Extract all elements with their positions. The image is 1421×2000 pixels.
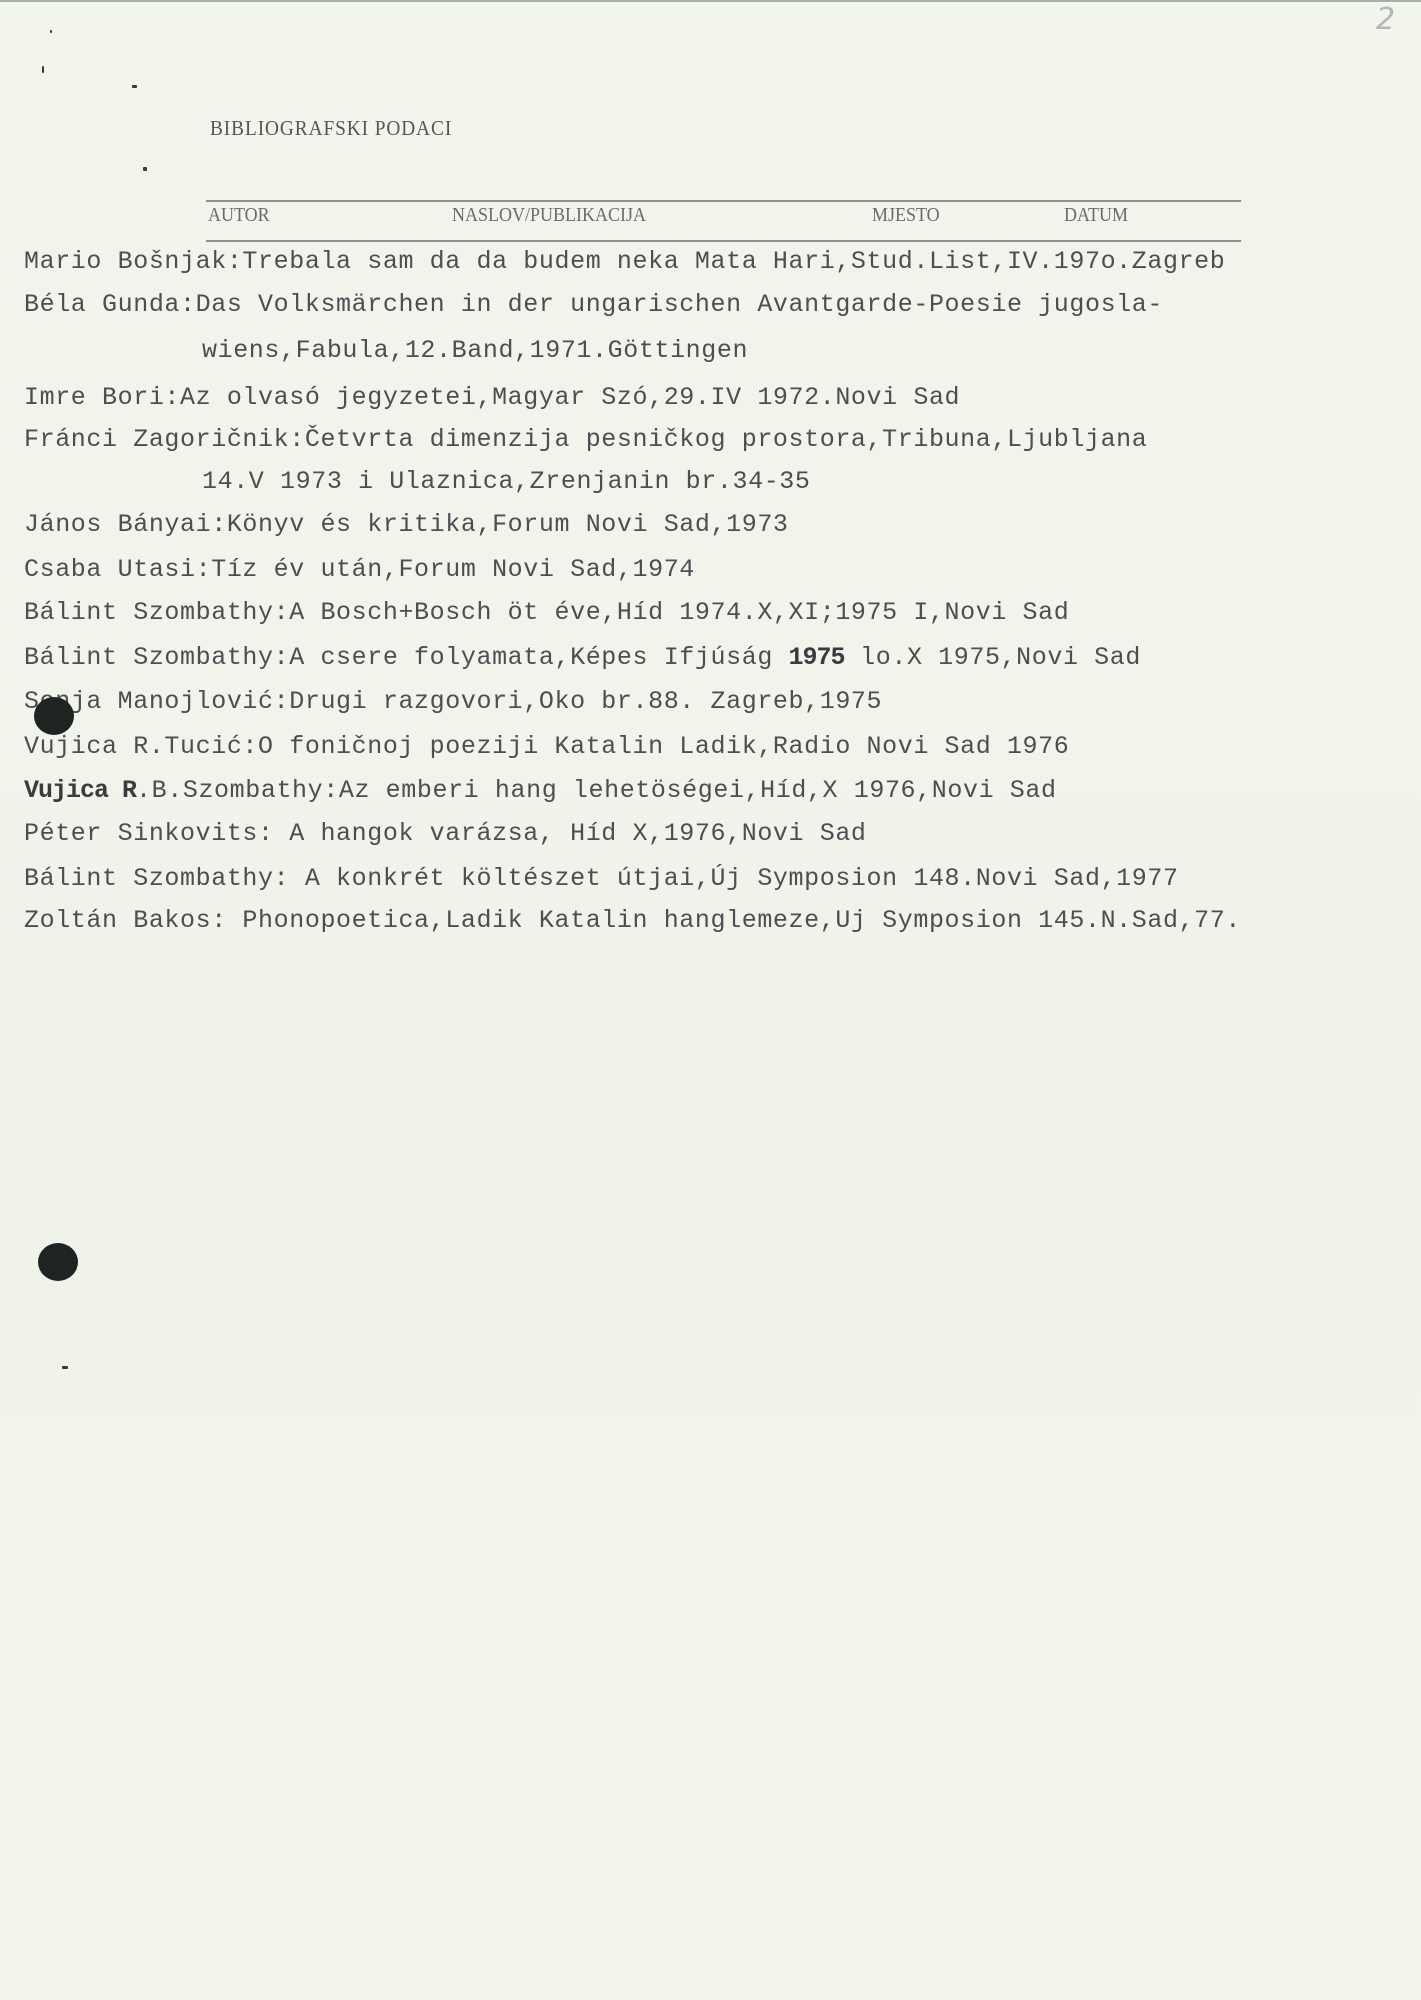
bibliography-entry: Péter Sinkovits: A hangok varázsa, Híd X… — [24, 819, 867, 848]
page-title: BIBLIOGRAFSKI PODACI — [210, 116, 452, 141]
paper-speck — [42, 66, 44, 73]
bibliography-entry: Imre Bori:Az olvasó jegyzetei,Magyar Szó… — [24, 383, 960, 412]
entry-text: Bálint Szombathy:A csere folyamata,Képes… — [24, 643, 789, 672]
bibliography-entry: Bálint Szombathy: A konkrét költészet út… — [24, 864, 1179, 893]
bibliography-entry: Bálint Szombathy:A csere folyamata,Képes… — [24, 643, 1141, 672]
bibliography-entry: Mario Bošnjak:Trebala sam da da budem ne… — [24, 247, 1225, 276]
bibliography-entry: Bálint Szombathy:A Bosch+Bosch öt éve,Hí… — [24, 598, 1069, 627]
bibliography-entry: Fránci Zagoričnik:Četvrta dimenzija pesn… — [24, 425, 1147, 454]
punch-hole — [34, 697, 74, 735]
entry-text: lo.X 1975,Novi Sad — [845, 643, 1141, 672]
bibliography-entry: Béla Gunda:Das Volksmärchen in der ungar… — [24, 290, 1163, 319]
punch-hole — [38, 1243, 78, 1281]
paper-speck — [50, 30, 52, 33]
column-header-mjesto: MJESTO — [872, 204, 940, 227]
bibliography-entry: Csaba Utasi:Tíz év után,Forum Novi Sad,1… — [24, 555, 695, 584]
header-rule-top — [206, 200, 1241, 202]
column-header-datum: DATUM — [1064, 204, 1128, 227]
paper-speck — [132, 85, 137, 88]
paper-speck — [62, 1366, 68, 1369]
bibliography-entry: Sonja Manojlović:Drugi razgovori,Oko br.… — [24, 687, 882, 716]
bibliography-entry: János Bányai:Könyv és kritika,Forum Novi… — [24, 510, 789, 539]
entry-text: .B.Szombathy:Az emberi hang lehetöségei,… — [136, 776, 1057, 805]
bibliography-entry-continuation: wiens,Fabula,12.Band,1971.Göttingen — [202, 336, 748, 365]
column-header-naslov-publikacija: NASLOV/PUBLIKACIJA — [452, 204, 646, 227]
bibliography-entry: Zoltán Bakos: Phonopoetica,Ladik Katalin… — [24, 906, 1241, 935]
struck-over-text: 1975 — [789, 643, 845, 672]
bibliography-entry: Vujica R.B.Szombathy:Az emberi hang lehe… — [24, 776, 1057, 805]
column-header-autor: AUTOR — [208, 204, 270, 227]
struck-over-text: Vujica R — [24, 776, 136, 805]
bibliography-entry-continuation: 14.V 1973 i Ulaznica,Zrenjanin br.34-35 — [202, 467, 811, 496]
paper-speck — [143, 167, 147, 171]
page-top-edge — [0, 0, 1421, 2]
header-rule-bottom — [206, 240, 1241, 242]
typewritten-page: 2 BIBLIOGRAFSKI PODACI AUTOR NASLOV/PUBL… — [0, 0, 1421, 2000]
bibliography-entry: Vujica R.Tucić:O foničnoj poeziji Katali… — [24, 732, 1069, 761]
handwritten-page-number: 2 — [1376, 2, 1395, 37]
